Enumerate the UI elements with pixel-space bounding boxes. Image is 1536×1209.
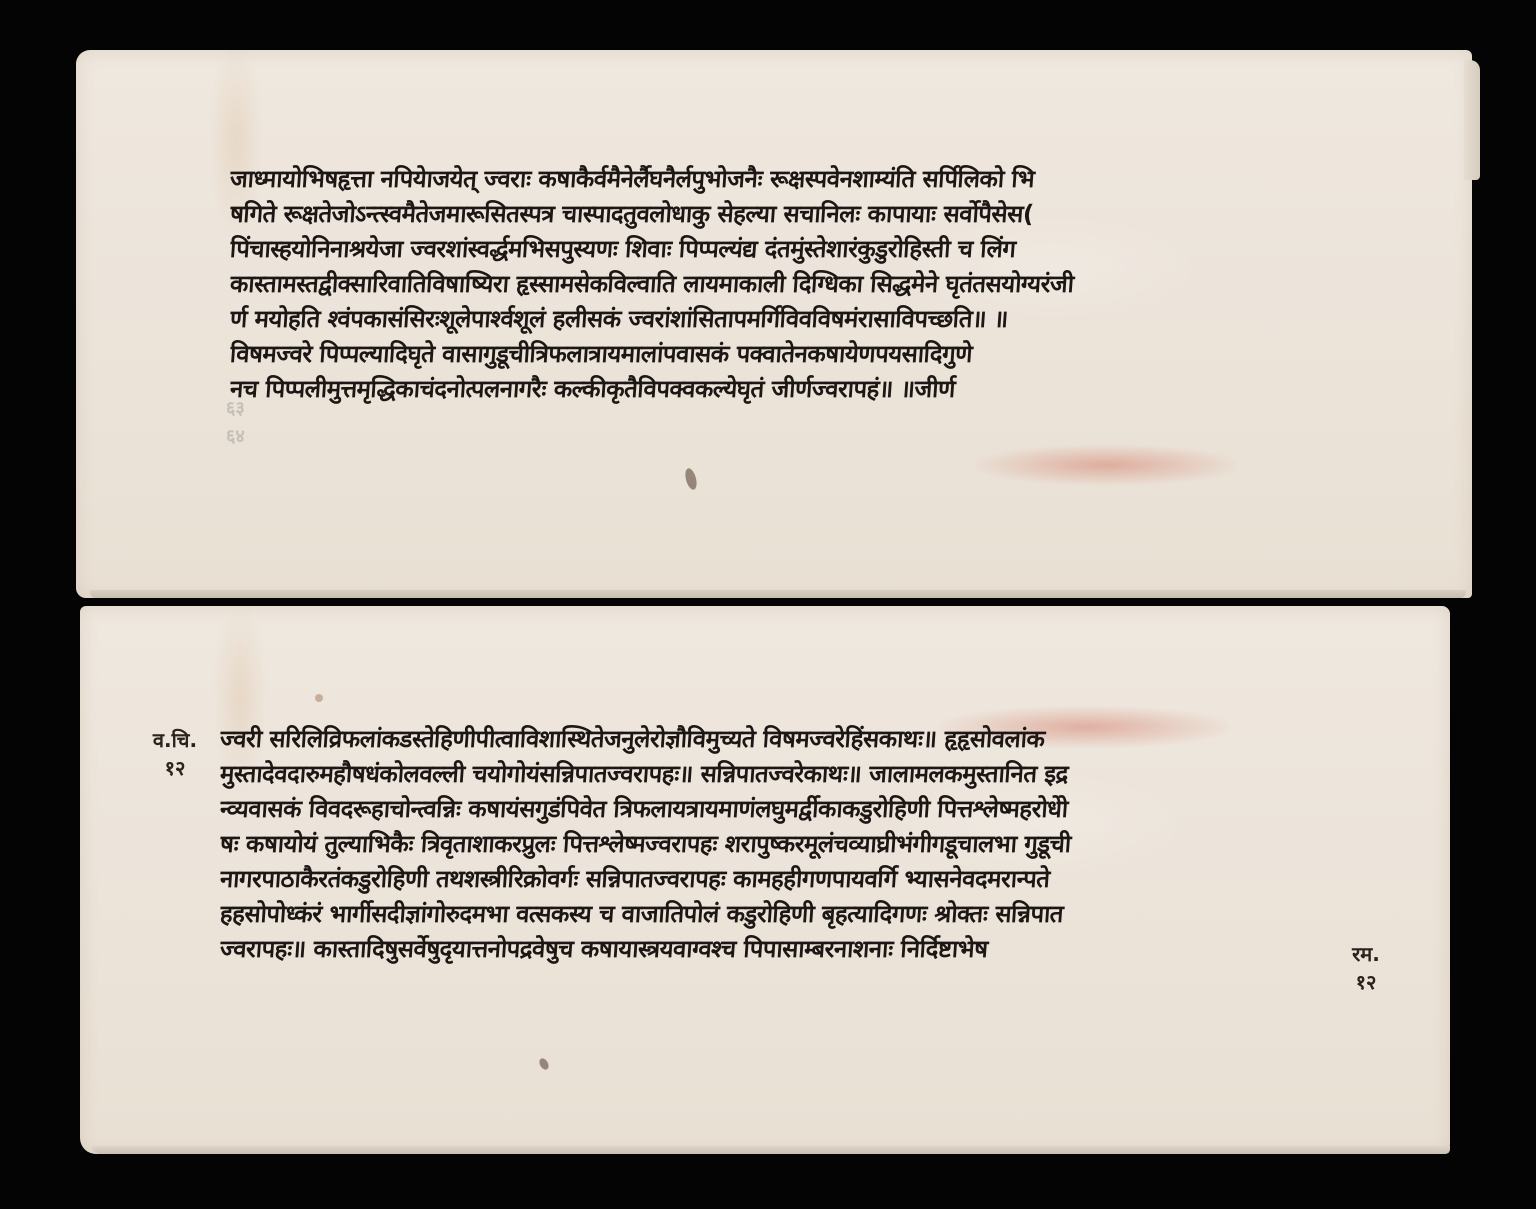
folio-top-folded-corner xyxy=(1464,60,1480,180)
text-line: जाध्मायोभिषहृत्ता नपियेाजयेत् ज्वराः कषा… xyxy=(229,162,1351,197)
ink-blot xyxy=(683,467,698,491)
margin-folio-number: १२ xyxy=(1336,968,1396,996)
text-line: मुस्तादेवदारुमहौषधंकोलवल्ली चयोगोयंसन्नि… xyxy=(219,757,1321,792)
folio-top-text: जाध्मायोभिषहृत्ता नपियेाजयेत् ज्वराः कषा… xyxy=(230,162,1350,407)
text-line: पिंचास्हयोनिनाश्रयेजा ज्वरशांस्वर्द्धमभि… xyxy=(229,232,1351,267)
text-line: र्ण मयोहति श्वंपकासंसिरःशूलेपार्श्वशूलं … xyxy=(229,302,1351,337)
folio-bottom-page-edges xyxy=(92,1146,1450,1154)
margin-folio-number: १२ xyxy=(140,754,210,782)
text-line: विषमज्वरे पिप्पल्यादिघृते वासागुडूचीत्रि… xyxy=(229,337,1351,372)
margin-title-abbrev: रम. xyxy=(1336,940,1396,968)
folio-bottom-right-margin-label: रम. १२ xyxy=(1336,940,1396,996)
text-line: ज्वरापहः॥ कास्तादिषुसर्वेषुदृयात्तनोपद्र… xyxy=(219,932,1321,967)
folio-bottom-text: ज्वरी सरिलिव्रिफलांकडस्तेहिणीपीत्वाविशास… xyxy=(220,722,1320,967)
text-line: कास्तामस्तद्वीक्सारिवातिविषाष्यिरा हृस्स… xyxy=(229,267,1351,302)
text-line: नागरपाठाकैरतंकडुरोहिणी तथशस्त्रीरिक्रोवर… xyxy=(219,862,1321,897)
text-line: न्व्यवासकं विवदरूहाचोन्त्वन्निः कषायंसगु… xyxy=(219,792,1321,827)
text-line: षगिते रूक्षतेजोऽन्त्स्वमैतेजमारूसितस्पत्… xyxy=(229,197,1351,232)
folio-top-page-edges xyxy=(90,590,1466,598)
text-line: ज्वरी सरिलिव्रिफलांकडस्तेहिणीपीत्वाविशास… xyxy=(219,722,1321,757)
text-line: षः कषायोयं तुल्याभिकैः त्रिवृताशाकरप्रुल… xyxy=(219,827,1321,862)
text-line: हहसोपोध्कंरं भार्गीसदीज्ञांगोरुदमभा वत्स… xyxy=(219,897,1321,932)
paper-spot xyxy=(538,1057,551,1071)
manuscript-folio-top: ६३६४ जाध्मायोभिषहृत्ता नपियेाजयेत् ज्वरा… xyxy=(76,50,1472,598)
margin-title-abbrev: व.चि. xyxy=(140,726,210,754)
text-line: नच पिप्पलीमुत्तमृद्धिकाचंदनोत्पलनागरैः क… xyxy=(229,372,1351,407)
manuscript-folio-bottom: व.चि. १२ रम. १२ ज्वरी सरिलिव्रिफलांकडस्त… xyxy=(80,606,1450,1154)
paper-spot xyxy=(315,694,323,702)
red-pigment-mark xyxy=(976,445,1236,485)
folio-bottom-left-margin-label: व.चि. १२ xyxy=(140,726,210,782)
